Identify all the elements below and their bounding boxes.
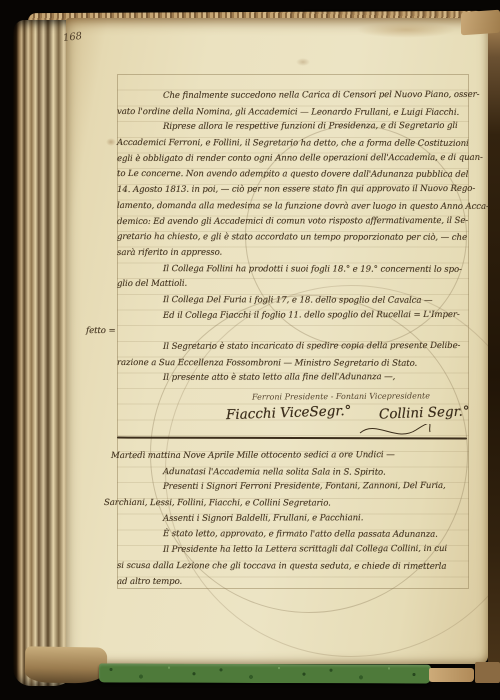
signature-block: Fiacchi ViceSegr.° Collini Segr.° — [226, 405, 470, 421]
attestation-line: Ferroni Presidente - Fontani Vicepreside… — [252, 391, 430, 401]
manuscript-line: egli è obbligato di render conto ogni An… — [117, 151, 470, 168]
cover-edge-bottom-right — [429, 668, 474, 682]
cover-corner-bottom-right — [475, 662, 500, 683]
manuscript-line: lamento, domanda alla medesima se la fun… — [117, 199, 470, 216]
photograph-of-manuscript-page: 168 Che finalmente succedono nella Caric… — [0, 0, 500, 700]
manuscript-line: Che finalmente succedono nella Carica di… — [117, 88, 470, 105]
manuscript-line: glio del Mattioli. — [117, 276, 470, 293]
paper-stain — [356, 22, 456, 38]
manuscript-line: ad altro tempo. — [117, 573, 470, 590]
manuscript-line: Il Presidente ha letto la Lettera scritt… — [117, 542, 470, 559]
page-stack-bottom-edge — [25, 646, 108, 683]
signature-flourish — [358, 424, 432, 444]
manuscript-line: si scusa dalla Lezione che gli toccava i… — [117, 559, 470, 576]
manuscript-line: Martedì mattina Nove Aprile Mille ottoce… — [117, 448, 470, 465]
manuscript-line: sarà riferito in appresso. — [117, 245, 470, 262]
manuscript-line: demico: Ed avendo gli Accademici di comu… — [117, 213, 470, 230]
cover-corner-top-right — [461, 10, 500, 36]
green-marbled-cover-edge — [99, 663, 431, 683]
paper-stain — [296, 58, 310, 66]
manuscript-line: Riprese allora le respettive funzioni di… — [117, 119, 470, 136]
manuscript-line: Assenti i Signori Baldelli, Frullani, e … — [117, 511, 470, 528]
book-fore-edge-right — [488, 18, 500, 668]
paper-stain — [106, 138, 116, 146]
session2-lines: Martedì mattina Nove Aprile Mille ottoce… — [117, 449, 470, 590]
manuscript-line: Il presente atto è stato letto alla fine… — [117, 370, 470, 387]
manuscript-line: Il Segretario è stato incaricato di sped… — [117, 339, 470, 356]
manuscript-line: 14. Agosto 1813. in poi, — ciò per non e… — [117, 182, 470, 199]
session1-lines: Che finalmente succedono nella Carica di… — [117, 89, 470, 387]
folio-number: 168 — [62, 31, 82, 44]
manuscript-line: Ed il Collega Fiacchi il foglio 11. dell… — [117, 308, 470, 325]
signature-fiacchi: Fiacchi ViceSegr.° — [226, 403, 352, 423]
manuscript-line: Il Collega Del Furia i fogli 17, e 18. d… — [117, 293, 470, 310]
signature-collini: Collini Segr.° — [379, 403, 470, 422]
manuscript-line: Presenti i Signori Ferroni Presidente, F… — [117, 479, 470, 496]
